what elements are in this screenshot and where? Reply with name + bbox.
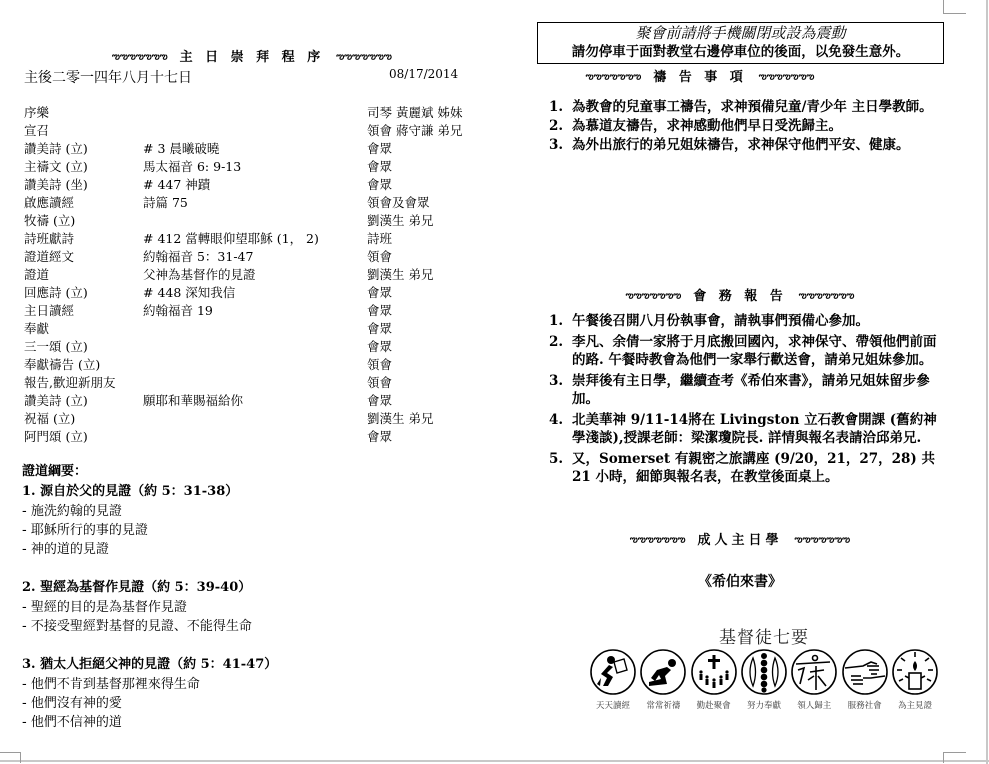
seven-essentials: 基督徒七要 天天讀經常常祈禱勤赴聚會努力奉獻領人歸主服務社會為主見證: [588, 623, 940, 711]
list-item: 1.午餐後召開八月份執事會，請執事們預備心參加。: [549, 312, 949, 330]
outline-point: 3. 猶太人拒絕父神的見證（約 5：41-47）: [22, 655, 352, 675]
order-row: 證道經文約翰福音 5：31-47領會: [24, 248, 474, 266]
order-item: 序樂: [24, 104, 49, 122]
order-content: 願耶和華賜福給你: [143, 392, 243, 410]
spacer: [22, 559, 352, 578]
order-row: 主禱文 (立)馬太福音 6: 9-13會眾: [24, 158, 474, 176]
essential-label: 領人歸主: [789, 699, 839, 711]
outline-subpoint: - 神的道的見證: [22, 540, 352, 559]
order-row: 報告,歡迎新朋友領會: [24, 374, 474, 392]
order-item: 回應詩 (立): [24, 284, 88, 302]
outline-subpoint: - 聖經的目的是為基督作見證: [22, 598, 352, 617]
order-item: 報告,歡迎新朋友: [24, 374, 115, 392]
list-item: 3.崇拜後有主日學，繼續查考《希伯來書》，請弟兄姐妹留步參加。: [549, 372, 949, 408]
order-content: # 447 神蹟: [143, 176, 210, 194]
item-text: 為外出旅行的弟兄姐妹禱告，求神保守他們平安、健康。: [572, 137, 910, 153]
margin-mark: [943, 0, 966, 14]
order-item: 奉獻: [24, 320, 49, 338]
order-item: 奉獻禱告 (立): [24, 356, 100, 374]
ornament: ఌఌఌఌఌఌఌ: [759, 72, 815, 82]
item-text: 北美華神 9/11-14將在 Livingston 立石教會開課 (舊約神學淺談…: [572, 412, 937, 446]
order-leader: 領會: [367, 374, 392, 392]
outline-point: 1. 源自於父的見證（約 5：31-38）: [22, 482, 352, 502]
order-leader: 劉漢生 弟兄: [367, 212, 433, 230]
seven-essentials-icons: 天天讀經常常祈禱勤赴聚會努力奉獻領人歸主服務社會為主見證: [588, 648, 940, 711]
order-item: 啟應讀經: [24, 194, 74, 212]
title-text: 禱 告 事 項: [653, 70, 747, 85]
essential-label: 努力奉獻: [739, 699, 789, 711]
essential-item: 常常祈禱: [638, 648, 688, 711]
item-number: 1.: [549, 312, 563, 330]
outline-point: 2. 聖經為基督作見證（約 5：39-40）: [22, 578, 352, 598]
item-number: 1.: [549, 98, 563, 116]
worship-order-table: 序樂司琴 黃麗斌 姊妹宣召領會 蔣守謙 弟兄讚美詩 (立)# 3 晨曦破曉會眾主…: [24, 104, 474, 446]
order-leader: 會眾: [367, 284, 392, 302]
outline-subpoint: - 施洗約翰的見證: [22, 502, 352, 521]
order-row: 詩班獻詩# 412 當轉眼仰望耶穌 (1， 2)詩班: [24, 230, 474, 248]
parking-notice: 請勿停車于面對教堂右邊停車位的後面，以免發生意外。: [538, 43, 943, 61]
outline-subpoint: - 他們沒有神的愛: [22, 694, 352, 713]
order-leader: 會眾: [367, 176, 392, 194]
list-item: 2.為慕道友禱告，求神感動他們早日受洗歸主。: [549, 117, 949, 135]
order-row: 牧禱 (立)劉漢生 弟兄: [24, 212, 474, 230]
order-leader: 領會: [367, 356, 392, 374]
outline-subpoint: - 他們不肯到基督那裡來得生命: [22, 675, 352, 694]
order-leader: 劉漢生 弟兄: [367, 410, 433, 428]
order-row: 回應詩 (立)# 448 深知我信會眾: [24, 284, 474, 302]
title-text: 主 日 崇 拜 程 序: [180, 50, 325, 65]
order-row: 祝福 (立)劉漢生 弟兄: [24, 410, 474, 428]
offering-fish-icon: [739, 648, 789, 696]
order-content: # 3 晨曦破曉: [143, 140, 219, 158]
order-leader: 會眾: [367, 158, 392, 176]
ornament: ఌఌఌఌఌఌఌ: [112, 52, 168, 62]
order-leader: 會眾: [367, 338, 392, 356]
order-row: 阿門頌 (立)會眾: [24, 428, 474, 446]
ornament: ఌఌఌఌఌఌఌ: [586, 72, 642, 82]
candle-witness-icon: [890, 648, 940, 696]
order-leader: 會眾: [367, 140, 392, 158]
margin-mark: [0, 752, 21, 763]
order-item: 三一頌 (立): [24, 338, 88, 356]
ornament: ఌఌఌఌఌఌఌ: [799, 291, 855, 301]
essential-label: 服務社會: [840, 699, 890, 711]
item-text: 為教會的兒童事工禱告，求神預備兒童/青少年 主日學教師。: [572, 99, 933, 115]
outline-heading: 證道綱要：: [22, 462, 352, 482]
order-leader: 會眾: [367, 320, 392, 338]
order-item: 證道經文: [24, 248, 74, 266]
date-english: 08/17/2014: [389, 67, 458, 81]
list-item: 5.又，Somerset 有親密之旅講座 (9/20，21，27，28) 共21…: [549, 450, 949, 486]
sermon-outline: 證道綱要： 1. 源自於父的見證（約 5：31-38）- 施洗約翰的見證- 耶穌…: [22, 462, 352, 732]
ornament: ఌఌఌఌఌఌఌ: [336, 52, 392, 62]
order-content: 約翰福音 5：31-47: [143, 248, 253, 266]
order-content: 約翰福音 19: [143, 302, 213, 320]
margin-mark: [943, 752, 966, 763]
serving-hands-icon: [840, 648, 890, 696]
order-leader: 領會 蔣守謙 弟兄: [367, 122, 462, 140]
essential-item: 為主見證: [890, 648, 940, 711]
order-row: 證道父神為基督作的見證劉漢生 弟兄: [24, 266, 474, 284]
order-content: 詩篇 75: [143, 194, 188, 212]
title-text: 成人主日學: [697, 533, 782, 548]
order-item: 阿門頌 (立): [24, 428, 88, 446]
order-item: 讚美詩 (立): [24, 140, 88, 158]
order-item: 祝福 (立): [24, 410, 75, 428]
order-leader: 詩班: [367, 230, 392, 248]
news-title: ఌఌఌఌఌఌఌ會 務 報 告ఌఌఌఌఌఌఌ: [590, 285, 890, 304]
order-item: 證道: [24, 266, 49, 284]
order-item: 詩班獻詩: [24, 230, 74, 248]
spacer: [22, 636, 352, 655]
item-number: 2.: [549, 117, 563, 135]
item-text: 又，Somerset 有親密之旅講座 (9/20，21，27，28) 共21 小…: [572, 451, 935, 485]
order-leader: 會眾: [367, 392, 392, 410]
ornament: ఌఌఌఌఌఌఌ: [626, 291, 682, 301]
date-chinese: 主後二零一四年八月十七日: [24, 67, 192, 87]
essential-item: 服務社會: [840, 648, 890, 711]
order-row: 主日讀經約翰福音 19會眾: [24, 302, 474, 320]
order-row: 讚美詩 (坐)# 447 神蹟會眾: [24, 176, 474, 194]
order-item: 主日讀經: [24, 302, 74, 320]
list-item: 1.為教會的兒童事工禱告，求神預備兒童/青少年 主日學教師。: [549, 98, 949, 116]
item-number: 4.: [549, 411, 563, 429]
essential-label: 常常祈禱: [638, 699, 688, 711]
list-item: 3.為外出旅行的弟兄姐妹禱告，求神保守他們平安、健康。: [549, 136, 949, 154]
news-list: 1.午餐後召開八月份執事會，請執事們預備心參加。2.李凡、余倩一家將于月底搬回國…: [549, 312, 949, 489]
reading-bible-icon: [588, 648, 638, 696]
order-row: 奉獻禱告 (立)領會: [24, 356, 474, 374]
order-leader: 領會: [367, 248, 392, 266]
order-content: # 448 深知我信: [143, 284, 235, 302]
prayer-list: 1.為教會的兒童事工禱告，求神預備兒童/青少年 主日學教師。2.為慕道友禱告，求…: [549, 98, 949, 155]
church-gathering-icon: [689, 648, 739, 696]
item-text: 崇拜後有主日學，繼續查考《希伯來書》，請弟兄姐妹留步參加。: [572, 373, 930, 407]
essential-label: 勤赴聚會: [689, 699, 739, 711]
order-item: 牧禱 (立): [24, 212, 75, 230]
item-number: 3.: [549, 136, 563, 154]
order-content: 父神為基督作的見證: [143, 266, 256, 284]
page-edge: [986, 0, 988, 764]
order-item: 讚美詩 (坐): [24, 176, 88, 194]
order-content: 馬太福音 6: 9-13: [143, 158, 241, 176]
order-row: 奉獻會眾: [24, 320, 474, 338]
outline-subpoint: - 他們不信神的道: [22, 713, 352, 732]
essential-item: 領人歸主: [789, 648, 839, 711]
order-leader: 司琴 黃麗斌 姊妹: [367, 104, 462, 122]
order-leader: 會眾: [367, 428, 392, 446]
item-text: 李凡、余倩一家將于月底搬回國內，求神保守、帶領他們前面的路. 午餐時教會為他們一…: [572, 334, 937, 368]
essential-label: 為主見證: [890, 699, 940, 711]
ornament: ఌఌఌఌఌఌఌ: [795, 535, 851, 545]
order-leader: 劉漢生 弟兄: [367, 266, 433, 284]
order-row: 讚美詩 (立)# 3 晨曦破曉會眾: [24, 140, 474, 158]
item-number: 2.: [549, 333, 563, 351]
praying-icon: [638, 648, 688, 696]
order-leader: 會眾: [367, 302, 392, 320]
prayer-title: ఌఌఌఌఌఌఌ禱 告 事 項ఌఌఌఌఌఌఌ: [560, 66, 840, 85]
order-row: 宣召領會 蔣守謙 弟兄: [24, 122, 474, 140]
order-row: 讚美詩 (立)願耶和華賜福給你會眾: [24, 392, 474, 410]
item-text: 午餐後召開八月份執事會，請執事們預備心參加。: [572, 313, 869, 329]
order-content: # 412 當轉眼仰望耶穌 (1， 2): [143, 230, 319, 248]
essential-item: 天天讀經: [588, 648, 638, 711]
seven-essentials-title: 基督徒七要: [588, 623, 940, 647]
order-row: 序樂司琴 黃麗斌 姊妹: [24, 104, 474, 122]
order-item: 讚美詩 (立): [24, 392, 88, 410]
order-leader: 領會及會眾: [367, 194, 430, 212]
school-title: ఌఌఌఌఌఌఌ成人主日學ఌఌఌఌఌఌఌ: [600, 529, 880, 548]
notice-box: 聚會前請將手機關閉或設為震動 請勿停車于面對教堂右邊停車位的後面，以免發生意外。: [537, 22, 944, 64]
title-text: 會 務 報 告: [693, 289, 787, 304]
order-item: 宣召: [24, 122, 49, 140]
essential-item: 努力奉獻: [739, 648, 789, 711]
outline-subpoint: - 不接受聖經對基督的見證、不能得生命: [22, 617, 352, 636]
order-row: 三一頌 (立)會眾: [24, 338, 474, 356]
course-book: 《希伯來書》: [620, 571, 860, 591]
item-number: 5.: [549, 450, 563, 468]
list-item: 2.李凡、余倩一家將于月底搬回國內，求神保守、帶領他們前面的路. 午餐時教會為他…: [549, 333, 949, 369]
essential-item: 勤赴聚會: [689, 648, 739, 711]
worship-order-title: ఌఌఌఌఌఌఌ主 日 崇 拜 程 序ఌఌఌఌఌఌఌ: [100, 46, 400, 65]
page-edge: [0, 760, 989, 762]
order-item: 主禱文 (立): [24, 158, 88, 176]
list-item: 4.北美華神 9/11-14將在 Livingston 立石教會開課 (舊約神學…: [549, 411, 949, 447]
item-number: 3.: [549, 372, 563, 390]
order-row: 啟應讀經詩篇 75領會及會眾: [24, 194, 474, 212]
item-text: 為慕道友禱告，求神感動他們早日受洗歸主。: [572, 118, 842, 134]
ornament: ఌఌఌఌఌఌఌ: [630, 535, 686, 545]
essential-label: 天天讀經: [588, 699, 638, 711]
phone-notice: 聚會前請將手機關閉或設為震動: [538, 24, 943, 43]
leading-people-icon: [789, 648, 839, 696]
outline-subpoint: - 耶穌所行的事的見證: [22, 521, 352, 540]
